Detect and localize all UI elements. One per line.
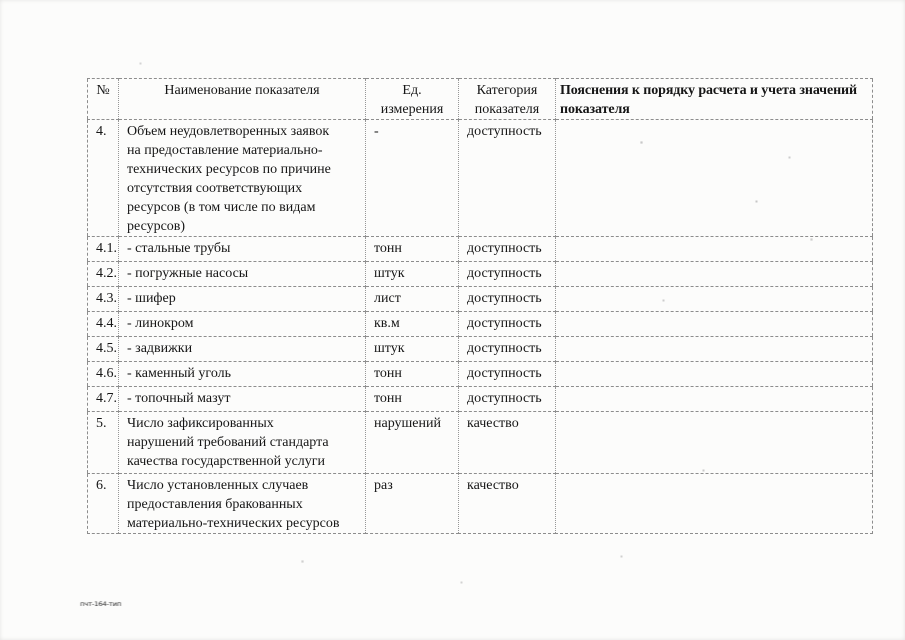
header-unit: Ед. измерения: [366, 79, 459, 120]
cell-num: 4.: [88, 120, 119, 237]
cell-name: Число установленных случаев предоставлен…: [119, 474, 366, 534]
cell-name: Объем неудовлетворенных заявок на предос…: [119, 120, 366, 237]
cell-category: качество: [459, 474, 556, 534]
cell-explanation: [556, 474, 873, 534]
cell-explanation: [556, 387, 873, 412]
cell-category: доступность: [459, 237, 556, 262]
cell-category: доступность: [459, 262, 556, 287]
cell-unit: штук: [366, 262, 459, 287]
table-row: 4.5. - задвижки штук доступность: [88, 337, 873, 362]
table-row: 5. Число зафиксированных нарушений требо…: [88, 412, 873, 474]
cell-category: доступность: [459, 120, 556, 237]
cell-explanation: [556, 120, 873, 237]
cell-unit: раз: [366, 474, 459, 534]
indicators-table: № Наименование показателя Ед. измерения …: [87, 78, 873, 534]
cell-name: - задвижки: [119, 337, 366, 362]
header-explanation: Пояснения к порядку расчета и учета знач…: [556, 79, 873, 120]
table-row: 6. Число установленных случаев предостав…: [88, 474, 873, 534]
cell-explanation: [556, 262, 873, 287]
header-num: №: [88, 79, 119, 120]
cell-unit: нарушений: [366, 412, 459, 474]
cell-unit: кв.м: [366, 312, 459, 337]
cell-unit: тонн: [366, 387, 459, 412]
cell-unit: штук: [366, 337, 459, 362]
cell-explanation: [556, 337, 873, 362]
cell-name: - шифер: [119, 287, 366, 312]
table-row: 4.3. - шифер лист доступность: [88, 287, 873, 312]
cell-num: 4.5.: [88, 337, 119, 362]
cell-unit: тонн: [366, 362, 459, 387]
cell-explanation: [556, 362, 873, 387]
scanned-document-page: № Наименование показателя Ед. измерения …: [0, 0, 905, 640]
table-row: 4.4. - линокром кв.м доступность: [88, 312, 873, 337]
cell-num: 4.7.: [88, 387, 119, 412]
cell-explanation: [556, 312, 873, 337]
cell-category: качество: [459, 412, 556, 474]
cell-category: доступность: [459, 337, 556, 362]
cell-explanation: [556, 412, 873, 474]
cell-num: 4.1.: [88, 237, 119, 262]
header-category: Категория показателя: [459, 79, 556, 120]
cell-unit: лист: [366, 287, 459, 312]
cell-name: Число зафиксированных нарушений требован…: [119, 412, 366, 474]
table-row: 4.6. - каменный уголь тонн доступность: [88, 362, 873, 387]
footer-stamp-text: пчт-164-тип: [80, 601, 121, 608]
table-row: 4.2. - погружные насосы штук доступность: [88, 262, 873, 287]
cell-num: 4.2.: [88, 262, 119, 287]
cell-category: доступность: [459, 312, 556, 337]
cell-unit: -: [366, 120, 459, 237]
cell-name: - стальные трубы: [119, 237, 366, 262]
table-row: 4. Объем неудовлетворенных заявок на пре…: [88, 120, 873, 237]
table-header-row: № Наименование показателя Ед. измерения …: [88, 79, 873, 120]
cell-name: - каменный уголь: [119, 362, 366, 387]
cell-name: - погружные насосы: [119, 262, 366, 287]
cell-num: 4.6.: [88, 362, 119, 387]
scan-noise-specks: [0, 0, 1, 1]
table-row: 4.1. - стальные трубы тонн доступность: [88, 237, 873, 262]
header-name: Наименование показателя: [119, 79, 366, 120]
cell-unit: тонн: [366, 237, 459, 262]
cell-explanation: [556, 237, 873, 262]
cell-category: доступность: [459, 387, 556, 412]
cell-explanation: [556, 287, 873, 312]
cell-category: доступность: [459, 287, 556, 312]
cell-category: доступность: [459, 362, 556, 387]
cell-num: 6.: [88, 474, 119, 534]
table-row: 4.7. - топочный мазут тонн доступность: [88, 387, 873, 412]
cell-name: - топочный мазут: [119, 387, 366, 412]
cell-name: - линокром: [119, 312, 366, 337]
cell-num: 5.: [88, 412, 119, 474]
cell-num: 4.4.: [88, 312, 119, 337]
cell-num: 4.3.: [88, 287, 119, 312]
